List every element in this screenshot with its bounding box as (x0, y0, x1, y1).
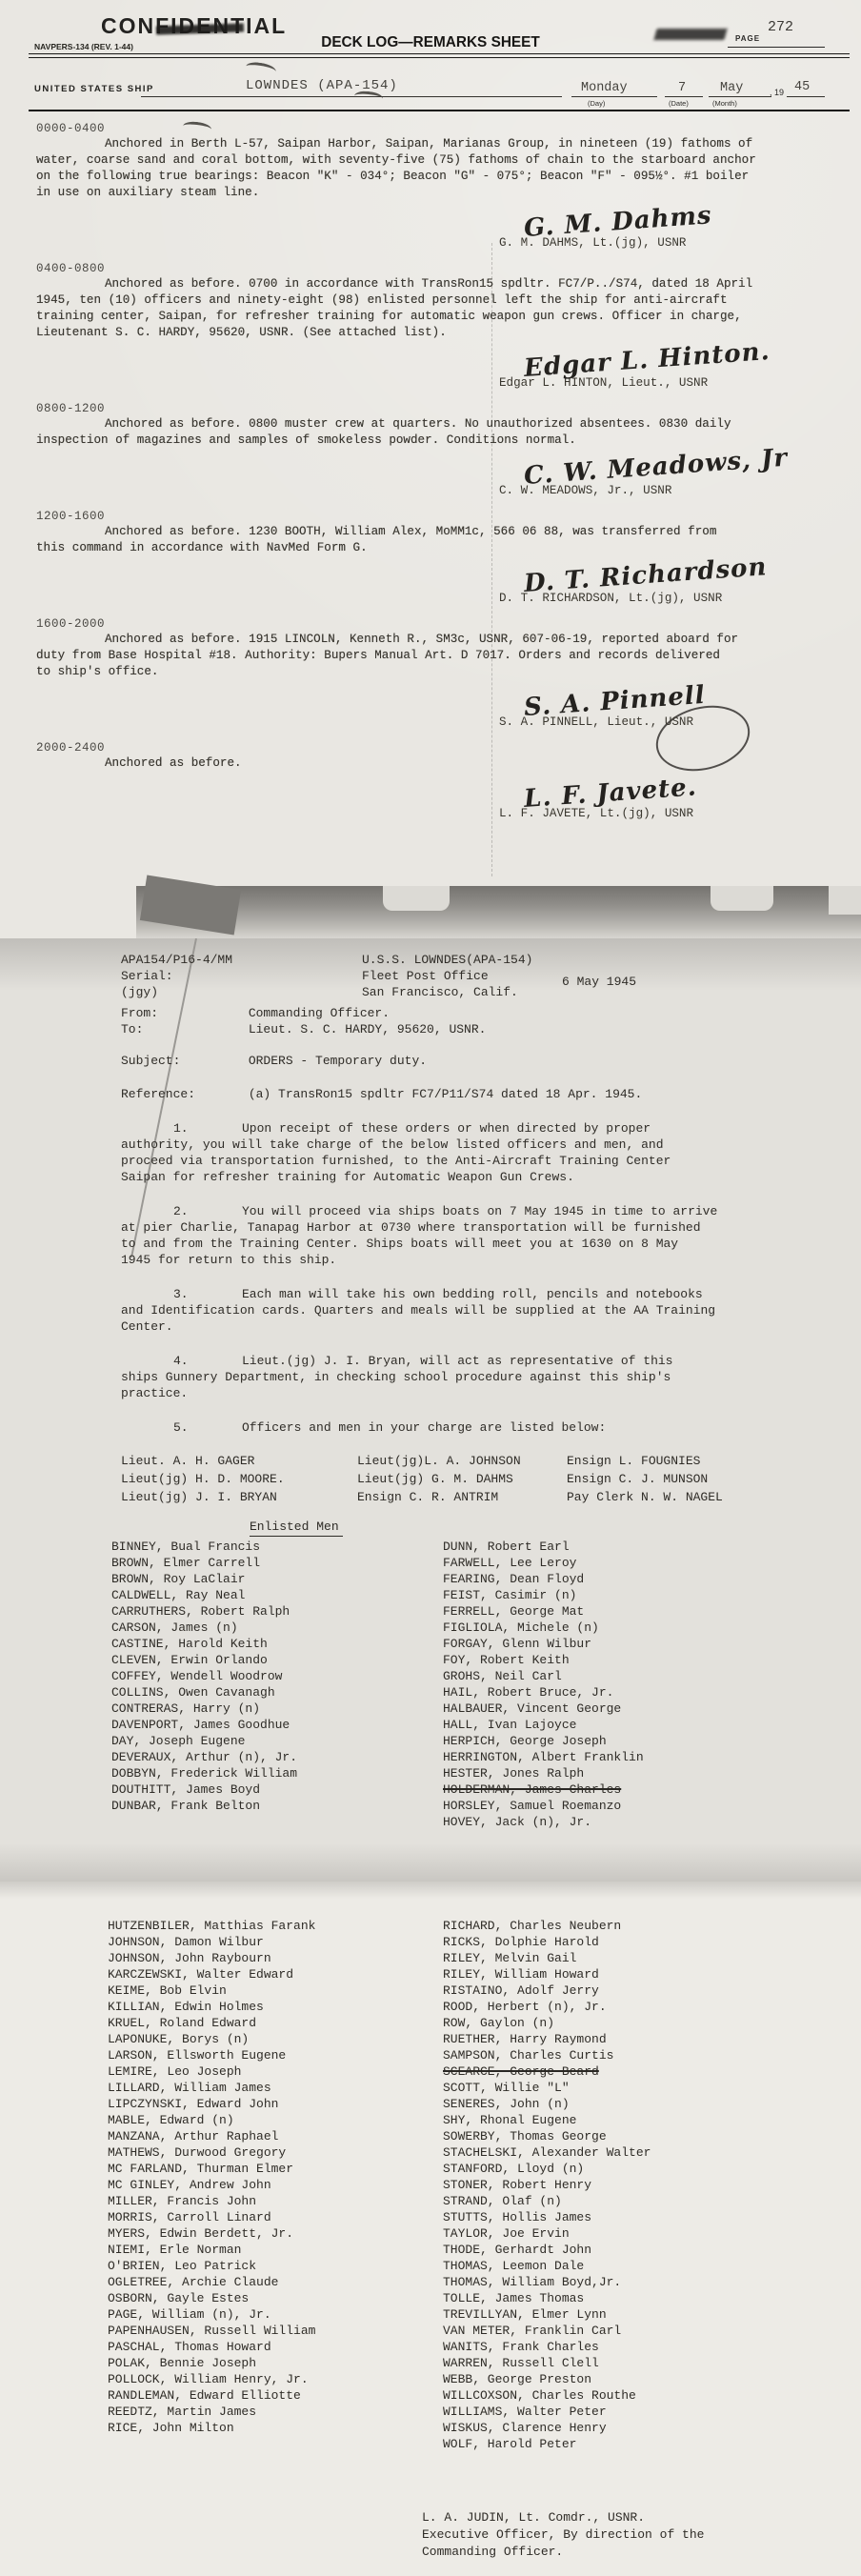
memo-paragraph: 3.Each man will take his own bedding rol… (121, 1286, 769, 1335)
letterhead-line: U.S.S. LOWNDES(APA-154) (362, 952, 532, 968)
enlisted-man-name: OGLETREE, Archie Claude (108, 2275, 278, 2289)
enlisted-man: COFFEY, Wendell Woodrow (111, 1668, 443, 1684)
paragraph-number: 3. (173, 1286, 242, 1302)
to-label: To: (121, 1021, 241, 1037)
day-underline (571, 96, 657, 97)
enlisted-man: RILEY, William Howard (443, 1966, 778, 1982)
signoff-line: L. A. JUDIN, Lt. Comdr., USNR. (422, 2509, 861, 2526)
enlisted-man: MILLER, Francis John (108, 2193, 443, 2209)
enlisted-man-name: HAIL, Robert Bruce, Jr. (443, 1685, 613, 1700)
enlisted-man-name: TAYLOR, Joe Ervin (443, 2226, 570, 2241)
signoff-line: Executive Officer, By direction of the (422, 2526, 861, 2544)
enlisted-man-name: DUNBAR, Frank Belton (111, 1799, 260, 1813)
enlisted-man-name: STUTTS, Hollis James (443, 2210, 591, 2224)
enlisted-man-name: CALDWELL, Ray Neal (111, 1588, 245, 1602)
enlisted-man-name: JOHNSON, Damon Wilbur (108, 1935, 264, 1949)
officers-list: Lieut. A. H. GAGERLieut(jg)L. A. JOHNSON… (121, 1453, 861, 1505)
enlisted-man: REEDTZ, Martin James (108, 2404, 443, 2420)
subject-value: ORDERS - Temporary duty. (249, 1054, 427, 1068)
enlisted-man: HERRINGTON, Albert Franklin (443, 1749, 774, 1765)
enlisted-man: MC FARLAND, Thurman Elmer (108, 2161, 443, 2177)
enlisted-man-name: CLEVEN, Erwin Orlando (111, 1653, 268, 1667)
log-month: May (720, 81, 743, 95)
enlisted-man-name: CARSON, James (n) (111, 1620, 238, 1635)
to-row: To: Lieut. S. C. HARDY, 95620, USNR. (121, 1021, 861, 1037)
enlisted-man-name: FIGLIOLA, Michele (n) (443, 1620, 599, 1635)
ship-label: UNITED STATES SHIP (34, 84, 154, 94)
enlisted-man: PASCHAL, Thomas Howard (108, 2339, 443, 2355)
enlisted-man-name: DUNN, Robert Earl (443, 1540, 570, 1554)
log-entry: 0000-0400 Anchored in Berth L-57, Saipan… (36, 122, 836, 250)
paragraph-number: 5. (173, 1419, 242, 1436)
officer-name: Lieut(jg) H. D. MOORE. (121, 1471, 357, 1487)
enlisted-man-name: O'BRIEN, Leo Patrick (108, 2259, 256, 2273)
log-entry: 2000-2400 Anchored as before. L. F. Jave… (36, 741, 836, 820)
enlisted-column-right: DUNN, Robert EarlFARWELL, Lee LeroyFEARI… (443, 1539, 774, 1830)
enlisted-man-name: STACHELSKI, Alexander Walter (443, 2145, 651, 2160)
enlisted-man-name: KILLIAN, Edwin Holmes (108, 2000, 264, 2014)
enlisted-man-name: RISTAINO, Adolf Jerry (443, 1983, 599, 1998)
enlisted-man-name: WILLIAMS, Walter Peter (443, 2405, 607, 2419)
memo-paragraphs: 1.Upon receipt of these orders or when d… (121, 1120, 769, 1436)
enlisted-man-name: DAVENPORT, James Goodhue (111, 1718, 290, 1732)
enlisted-man-name: RANDLEMAN, Edward Elliotte (108, 2388, 301, 2403)
enlisted-man-name: CARRUTHERS, Robert Ralph (111, 1604, 290, 1619)
letterhead-line: Fleet Post Office (362, 968, 532, 984)
enlisted-man: GROHS, Neil Carl (443, 1668, 774, 1684)
enlisted-man: KRUEL, Roland Edward (108, 2015, 443, 2031)
enlisted-man: FIGLIOLA, Michele (n) (443, 1620, 774, 1636)
enlisted-man: ROW, Gaylon (n) (443, 2015, 778, 2031)
log-entry-time: 1600-2000 (36, 617, 836, 631)
memo-page-1: APA154/P16-4/MMSerial:(jgy) U.S.S. LOWND… (0, 938, 861, 1882)
enlisted-man: TOLLE, James Thomas (443, 2290, 778, 2306)
double-rule (29, 53, 850, 58)
log-entry-time: 1200-1600 (36, 510, 836, 523)
enlisted-man: BINNEY, Bual Francis (111, 1539, 443, 1555)
memo-paragraph: 5.Officers and men in your charge are li… (121, 1419, 769, 1436)
enlisted-man-name: WEBB, George Preston (443, 2372, 591, 2386)
signoff-block: L. A. JUDIN, Lt. Comdr., USNR.Executive … (422, 2509, 861, 2561)
enlisted-man: STACHELSKI, Alexander Walter (443, 2144, 778, 2161)
enlisted-man: PAPENHAUSEN, Russell William (108, 2323, 443, 2339)
pen-mark (245, 61, 276, 77)
file-reference-line: (jgy) (121, 984, 362, 1000)
log-entry: 1600-2000 Anchored as before. 1915 LINCO… (36, 617, 836, 729)
enlisted-man: KILLIAN, Edwin Holmes (108, 1999, 443, 2015)
enlisted-man: DOUTHITT, James Boyd (111, 1781, 443, 1798)
log-year: 45 (794, 80, 810, 94)
log-entry-time: 0400-0800 (36, 262, 836, 275)
log-entry-time: 2000-2400 (36, 741, 836, 755)
enlisted-man-name: HOVEY, Jack (n), Jr. (443, 1815, 591, 1829)
memo-date: 6 May 1945 (562, 974, 861, 990)
enlisted-man-name: MYERS, Edwin Berdett, Jr. (108, 2226, 293, 2241)
paragraph-number: 4. (173, 1353, 242, 1369)
enlisted-man-name: SCOTT, Willie "L" (443, 2081, 570, 2095)
enlisted-man-name: LAPONUKE, Borys (n) (108, 2032, 249, 2046)
enlisted-man-name: MATHEWS, Durwood Gregory (108, 2145, 286, 2160)
enlisted-man-name: STANFORD, Lloyd (n) (443, 2162, 584, 2176)
enlisted-man: LARSON, Ellsworth Eugene (108, 2047, 443, 2063)
log-entry: 0400-0800 Anchored as before. 0700 in ac… (36, 262, 836, 390)
enlisted-column-right: RICHARD, Charles NeubernRICKS, Dolphie H… (443, 1918, 778, 2452)
enlisted-man: HALBAUER, Vincent George (443, 1701, 774, 1717)
log-entry-time: 0000-0400 (36, 122, 836, 135)
enlisted-man-name: STONER, Robert Henry (443, 2178, 591, 2192)
log-entry-text: Anchored in Berth L-57, Saipan Harbor, S… (36, 136, 836, 201)
enlisted-man: HAIL, Robert Bruce, Jr. (443, 1684, 774, 1701)
memo-content: APA154/P16-4/MMSerial:(jgy) U.S.S. LOWND… (0, 938, 861, 1830)
enlisted-man: STRAND, Olaf (n) (443, 2193, 778, 2209)
reference-value: (a) TransRon15 spdltr FC7/P11/S74 dated … (249, 1087, 642, 1101)
enlisted-man-name: RUETHER, Harry Raymond (443, 2032, 607, 2046)
enlisted-man-name: FEARING, Dean Floyd (443, 1572, 584, 1586)
enlisted-man: RICKS, Dolphie Harold (443, 1934, 778, 1950)
enlisted-man: CARRUTHERS, Robert Ralph (111, 1603, 443, 1620)
enlisted-man: RUETHER, Harry Raymond (443, 2031, 778, 2047)
enlisted-names: DUNN, Robert EarlFARWELL, Lee LeroyFEARI… (443, 1539, 774, 1830)
enlisted-man-name: GROHS, Neil Carl (443, 1669, 562, 1683)
enlisted-man: PAGE, William (n), Jr. (108, 2306, 443, 2323)
page-edge-shadow (0, 886, 861, 938)
log-entries: 0000-0400 Anchored in Berth L-57, Saipan… (36, 122, 836, 833)
enlisted-man-name: TREVILLYAN, Elmer Lynn (443, 2307, 607, 2322)
memo-page-2: HUTZENBILER, Matthias FarankJOHNSON, Dam… (0, 1882, 861, 2576)
enlisted-man-name: WILLCOXSON, Charles Routhe (443, 2388, 636, 2403)
enlisted-man: TREVILLYAN, Elmer Lynn (443, 2306, 778, 2323)
enlisted-man: THOMAS, Leemon Dale (443, 2258, 778, 2274)
enlisted-man: HOLDERMAN, James Charles (443, 1781, 774, 1798)
enlisted-man: LAPONUKE, Borys (n) (108, 2031, 443, 2047)
enlisted-man-name: SAMPSON, Charles Curtis (443, 2048, 613, 2063)
enlisted-man-name: HERPICH, George Joseph (443, 1734, 607, 1748)
to-value: Lieut. S. C. HARDY, 95620, USNR. (249, 1022, 487, 1036)
enlisted-man: WILLCOXSON, Charles Routhe (443, 2387, 778, 2404)
enlisted-man: MANZANA, Arthur Raphael (108, 2128, 443, 2144)
enlisted-man: DEVERAUX, Arthur (n), Jr. (111, 1749, 443, 1765)
enlisted-man: RILEY, Melvin Gail (443, 1950, 778, 1966)
enlisted-column-left: HUTZENBILER, Matthias FarankJOHNSON, Dam… (108, 1918, 443, 2452)
enlisted-man: SOWERBY, Thomas George (443, 2128, 778, 2144)
enlisted-man-name: FERRELL, George Mat (443, 1604, 584, 1619)
enlisted-man: SENERES, John (n) (443, 2096, 778, 2112)
enlisted-man-name: MILLER, Francis John (108, 2194, 256, 2208)
enlisted-man-name: CASTINE, Harold Keith (111, 1637, 268, 1651)
enlisted-list-page2: HUTZENBILER, Matthias FarankJOHNSON, Dam… (108, 1882, 861, 2452)
enlisted-man-name: PAGE, William (n), Jr. (108, 2307, 271, 2322)
enlisted-man-name: LILLARD, William James (108, 2081, 271, 2095)
enlisted-man-name: SENERES, John (n) (443, 2097, 570, 2111)
enlisted-man-name: LARSON, Ellsworth Eugene (108, 2048, 286, 2063)
enlisted-man: HORSLEY, Samuel Roemanzo (443, 1798, 774, 1814)
enlisted-man: FORGAY, Glenn Wilbur (443, 1636, 774, 1652)
paragraph-number: 1. (173, 1120, 242, 1137)
enlisted-man: MABLE, Edward (n) (108, 2112, 443, 2128)
enlisted-man-name: RILEY, William Howard (443, 1967, 599, 1982)
file-reference-block: APA154/P16-4/MMSerial:(jgy) (121, 952, 362, 968)
enlisted-man: SCEARCE, George Beard (443, 2063, 778, 2080)
enlisted-man: BROWN, Roy LaClair (111, 1571, 443, 1587)
enlisted-man: MC GINLEY, Andrew John (108, 2177, 443, 2193)
enlisted-man: THOMAS, William Boyd,Jr. (443, 2274, 778, 2290)
ship-underline (141, 96, 562, 97)
enlisted-man: WARREN, Russell Clell (443, 2355, 778, 2371)
enlisted-man: DOBBYN, Frederick William (111, 1765, 443, 1781)
from-value: Commanding Officer. (249, 1006, 390, 1020)
enlisted-man: POLLOCK, William Henry, Jr. (108, 2371, 443, 2387)
enlisted-man-name: RICHARD, Charles Neubern (443, 1919, 621, 1933)
subject-label: Subject: (121, 1053, 241, 1069)
enlisted-man: CASTINE, Harold Keith (111, 1636, 443, 1652)
binder-notch (711, 886, 773, 911)
date-sublabel: (Date) (669, 99, 689, 108)
enlisted-man-name: RILEY, Melvin Gail (443, 1951, 576, 1965)
month-sublabel: (Month) (712, 99, 737, 108)
enlisted-man-name: MC GINLEY, Andrew John (108, 2178, 271, 2192)
enlisted-man-name: PASCHAL, Thomas Howard (108, 2340, 271, 2354)
enlisted-man: OSBORN, Gayle Estes (108, 2290, 443, 2306)
file-reference-line: APA154/P16-4/MM (121, 952, 362, 968)
enlisted-man-name: FOY, Robert Keith (443, 1653, 570, 1667)
enlisted-man: WISKUS, Clarence Henry (443, 2420, 778, 2436)
enlisted-men-heading: Enlisted Men (250, 1519, 343, 1537)
enlisted-man: ROOD, Herbert (n), Jr. (443, 1999, 778, 2015)
file-reference-line: Serial: (121, 968, 362, 984)
enlisted-man-name: SOWERBY, Thomas George (443, 2129, 607, 2143)
officer-name: Ensign L. FOUGNIES (567, 1453, 861, 1469)
enlisted-man-name: RICE, John Milton (108, 2421, 234, 2435)
enlisted-man: DAVENPORT, James Goodhue (111, 1717, 443, 1733)
officer-name: Lieut(jg) G. M. DAHMS (357, 1471, 567, 1487)
enlisted-man-name: KEIME, Bob Elvin (108, 1983, 227, 1998)
from-to-block: From: Commanding Officer. To: Lieut. S. … (121, 1005, 861, 1037)
enlisted-man: HOVEY, Jack (n), Jr. (443, 1814, 774, 1830)
enlisted-man: DAY, Joseph Eugene (111, 1733, 443, 1749)
enlisted-man: JOHNSON, Damon Wilbur (108, 1934, 443, 1950)
enlisted-man-name: COFFEY, Wendell Woodrow (111, 1669, 282, 1683)
enlisted-man-name: LIPCZYNSKI, Edward John (108, 2097, 278, 2111)
enlisted-man: COLLINS, Owen Cavanagh (111, 1684, 443, 1701)
enlisted-man-name: WARREN, Russell Clell (443, 2356, 599, 2370)
enlisted-man: SCOTT, Willie "L" (443, 2080, 778, 2096)
enlisted-man-name: HORSLEY, Samuel Roemanzo (443, 1799, 621, 1813)
officer-name: Ensign C. R. ANTRIM (357, 1489, 567, 1505)
enlisted-man-name: HOLDERMAN, James Charles (443, 1782, 621, 1797)
enlisted-man-name: JOHNSON, John Raybourn (108, 1951, 271, 1965)
log-date: 7 (678, 81, 686, 95)
enlisted-man: HERPICH, George Joseph (443, 1733, 774, 1749)
enlisted-man-name: RICKS, Dolphie Harold (443, 1935, 599, 1949)
enlisted-man: RICE, John Milton (108, 2420, 443, 2436)
enlisted-man-name: BINNEY, Bual Francis (111, 1540, 260, 1554)
enlisted-man-name: DAY, Joseph Eugene (111, 1734, 245, 1748)
enlisted-man-name: WISKUS, Clarence Henry (443, 2421, 607, 2435)
enlisted-man-name: CONTRERAS, Harry (n) (111, 1701, 260, 1716)
letterhead-row: APA154/P16-4/MMSerial:(jgy) U.S.S. LOWND… (121, 952, 861, 968)
enlisted-man: KARCZEWSKI, Walter Edward (108, 1966, 443, 1982)
enlisted-man-name: ROOD, Herbert (n), Jr. (443, 2000, 607, 2014)
enlisted-man-name: MC FARLAND, Thurman Elmer (108, 2162, 293, 2176)
officer-name: Lieut(jg) J. I. BRYAN (121, 1489, 357, 1505)
day-sublabel: (Day) (588, 99, 605, 108)
enlisted-man-name: HERRINGTON, Albert Franklin (443, 1750, 644, 1764)
signature-block: C. W. Meadows, Jr C. W. MEADOWS, Jr., US… (491, 449, 825, 497)
enlisted-man-name: TOLLE, James Thomas (443, 2291, 584, 2305)
enlisted-man-name: MABLE, Edward (n) (108, 2113, 234, 2127)
enlisted-man-name: POLLOCK, William Henry, Jr. (108, 2372, 309, 2386)
log-entry-text: Anchored as before. 1915 LINCOLN, Kennet… (36, 632, 836, 680)
from-label: From: (121, 1005, 241, 1021)
reference-label: Reference: (121, 1086, 241, 1102)
enlisted-man-name: VAN METER, Franklin Carl (443, 2324, 621, 2338)
enlisted-man-name: DOUTHITT, James Boyd (111, 1782, 260, 1797)
enlisted-man: HUTZENBILER, Matthias Farank (108, 1918, 443, 1934)
enlisted-man-name: REEDTZ, Martin James (108, 2405, 256, 2419)
enlisted-man: OGLETREE, Archie Claude (108, 2274, 443, 2290)
enlisted-man: CLEVEN, Erwin Orlando (111, 1652, 443, 1668)
enlisted-man: WOLF, Harold Peter (443, 2436, 778, 2452)
enlisted-man: POLAK, Bennie Joseph (108, 2355, 443, 2371)
memo-paragraph: 2.You will proceed via ships boats on 7 … (121, 1203, 769, 1268)
enlisted-man-name: POLAK, Bennie Joseph (108, 2356, 256, 2370)
year-prefix: , 19 (770, 88, 784, 97)
letterhead-line: San Francisco, Calif. (362, 984, 532, 1000)
enlisted-man-name: STRAND, Olaf (n) (443, 2194, 562, 2208)
enlisted-man-name: SCEARCE, George Beard (443, 2064, 599, 2079)
enlisted-man-name: SHY, Rhonal Eugene (443, 2113, 576, 2127)
month-underline (709, 96, 771, 97)
scanned-document: CONFIDENTIAL PAGE 272 NAVPERS-134 (REV. … (0, 0, 861, 2576)
enlisted-man: JOHNSON, John Raybourn (108, 1950, 443, 1966)
paragraph-text: Officers and men in your charge are list… (242, 1420, 606, 1435)
page-number: 272 (768, 19, 793, 35)
year-underline (787, 96, 825, 97)
deck-log-page: CONFIDENTIAL PAGE 272 NAVPERS-134 (REV. … (0, 0, 861, 886)
enlisted-man: BROWN, Elmer Carrell (111, 1555, 443, 1571)
enlisted-man: LILLARD, William James (108, 2080, 443, 2096)
officer-name: Ensign C. J. MUNSON (567, 1471, 861, 1487)
from-row: From: Commanding Officer. (121, 1005, 861, 1021)
enlisted-man-name: COLLINS, Owen Cavanagh (111, 1685, 275, 1700)
signature-block: Edgar L. Hinton. Edgar L. HINTON, Lieut.… (491, 341, 825, 390)
enlisted-man: FEARING, Dean Floyd (443, 1571, 774, 1587)
binder-notch (383, 886, 450, 911)
page-corner (829, 886, 861, 915)
enlisted-man-name: KARCZEWSKI, Walter Edward (108, 1967, 293, 1982)
enlisted-man-name: HALBAUER, Vincent George (443, 1701, 621, 1716)
enlisted-man-name: BROWN, Roy LaClair (111, 1572, 245, 1586)
enlisted-man: MYERS, Edwin Berdett, Jr. (108, 2225, 443, 2242)
memo-paragraph: 4.Lieut.(jg) J. I. Bryan, will act as re… (121, 1353, 769, 1401)
enlisted-man-name: THOMAS, William Boyd,Jr. (443, 2275, 621, 2289)
enlisted-man: NIEMI, Erle Norman (108, 2242, 443, 2258)
enlisted-man: THODE, Gerhardt John (443, 2242, 778, 2258)
enlisted-man: DUNBAR, Frank Belton (111, 1798, 443, 1814)
letterhead-block: U.S.S. LOWNDES(APA-154)Fleet Post Office… (362, 952, 532, 968)
enlisted-man: MORRIS, Carroll Linard (108, 2209, 443, 2225)
enlisted-man: STONER, Robert Henry (443, 2177, 778, 2193)
enlisted-man-name: HALL, Ivan Lajoyce (443, 1718, 576, 1732)
enlisted-man-name: BROWN, Elmer Carrell (111, 1556, 260, 1570)
log-entry: 0800-1200 Anchored as before. 0800 muste… (36, 402, 836, 497)
log-entry-time: 0800-1200 (36, 402, 836, 415)
enlisted-man: CARSON, James (n) (111, 1620, 443, 1636)
enlisted-man-name: ROW, Gaylon (n) (443, 2016, 554, 2030)
enlisted-man: HESTER, Jones Ralph (443, 1765, 774, 1781)
single-rule (29, 110, 850, 111)
enlisted-man: CALDWELL, Ray Neal (111, 1587, 443, 1603)
log-entry-text: Anchored as before. (36, 755, 836, 772)
enlisted-man: HALL, Ivan Lajoyce (443, 1717, 774, 1733)
enlisted-man: FERRELL, George Mat (443, 1603, 774, 1620)
signature-block: D. T. Richardson D. T. RICHARDSON, Lt.(j… (491, 556, 825, 605)
enlisted-man: TAYLOR, Joe Ervin (443, 2225, 778, 2242)
reference-row: Reference: (a) TransRon15 spdltr FC7/P11… (121, 1086, 861, 1102)
date-underline (665, 96, 703, 97)
enlisted-man: STUTTS, Hollis James (443, 2209, 778, 2225)
enlisted-man-name: HESTER, Jones Ralph (443, 1766, 584, 1781)
enlisted-list-page1: BINNEY, Bual FrancisBROWN, Elmer Carrell… (111, 1539, 861, 1830)
sheet-title: DECK LOG—REMARKS SHEET (17, 34, 844, 51)
log-entry: 1200-1600 Anchored as before. 1230 BOOTH… (36, 510, 836, 605)
enlisted-man: WANITS, Frank Charles (443, 2339, 778, 2355)
enlisted-man: STANFORD, Lloyd (n) (443, 2161, 778, 2177)
memo-paragraph: 1.Upon receipt of these orders or when d… (121, 1120, 769, 1185)
enlisted-man-name: FORGAY, Glenn Wilbur (443, 1637, 591, 1651)
enlisted-man: MATHEWS, Durwood Gregory (108, 2144, 443, 2161)
enlisted-man-name: KRUEL, Roland Edward (108, 2016, 256, 2030)
officer-name: Lieut. A. H. GAGER (121, 1453, 357, 1469)
enlisted-man: RANDLEMAN, Edward Elliotte (108, 2387, 443, 2404)
enlisted-column-left: BINNEY, Bual FrancisBROWN, Elmer Carrell… (111, 1539, 443, 1830)
enlisted-man: KEIME, Bob Elvin (108, 1982, 443, 1999)
enlisted-man-name: DEVERAUX, Arthur (n), Jr. (111, 1750, 297, 1764)
enlisted-man: CONTRERAS, Harry (n) (111, 1701, 443, 1717)
enlisted-man: RICHARD, Charles Neubern (443, 1918, 778, 1934)
signoff-line: Commanding Officer. (422, 2544, 861, 2561)
enlisted-man: WEBB, George Preston (443, 2371, 778, 2387)
enlisted-man-name: DOBBYN, Frederick William (111, 1766, 297, 1781)
log-entry-text: Anchored as before. 1230 BOOTH, William … (36, 524, 836, 556)
enlisted-man: SAMPSON, Charles Curtis (443, 2047, 778, 2063)
enlisted-man: WILLIAMS, Walter Peter (443, 2404, 778, 2420)
enlisted-man-name: THOMAS, Leemon Dale (443, 2259, 584, 2273)
signature-block: S. A. Pinnell S. A. PINNELL, Lieut., USN… (491, 680, 825, 729)
enlisted-man-name: FEIST, Casimir (n) (443, 1588, 576, 1602)
enlisted-man: FEIST, Casimir (n) (443, 1587, 774, 1603)
enlisted-names: HUTZENBILER, Matthias FarankJOHNSON, Dam… (108, 1918, 443, 2436)
enlisted-names: BINNEY, Bual FrancisBROWN, Elmer Carrell… (111, 1539, 443, 1814)
paragraph-number: 2. (173, 1203, 242, 1219)
enlisted-man-name: PAPENHAUSEN, Russell William (108, 2324, 315, 2338)
enlisted-man-name: WOLF, Harold Peter (443, 2437, 576, 2451)
enlisted-man-name: LEMIRE, Leo Joseph (108, 2064, 241, 2079)
officer-name: Pay Clerk N. W. NAGEL (567, 1489, 861, 1505)
enlisted-man-name: NIEMI, Erle Norman (108, 2243, 241, 2257)
officer-name: Lieut(jg)L. A. JOHNSON (357, 1453, 567, 1469)
enlisted-man-name: MANZANA, Arthur Raphael (108, 2129, 278, 2143)
enlisted-man: O'BRIEN, Leo Patrick (108, 2258, 443, 2274)
log-day: Monday (581, 81, 628, 95)
enlisted-man: LIPCZYNSKI, Edward John (108, 2096, 443, 2112)
subject-row: Subject: ORDERS - Temporary duty. (121, 1053, 861, 1069)
enlisted-man-name: OSBORN, Gayle Estes (108, 2291, 249, 2305)
enlisted-man-name: THODE, Gerhardt John (443, 2243, 591, 2257)
enlisted-man-name: WANITS, Frank Charles (443, 2340, 599, 2354)
enlisted-man-name: FARWELL, Lee Leroy (443, 1556, 576, 1570)
signature-block: L. F. Javete. L. F. JAVETE, Lt.(jg), USN… (491, 772, 825, 820)
